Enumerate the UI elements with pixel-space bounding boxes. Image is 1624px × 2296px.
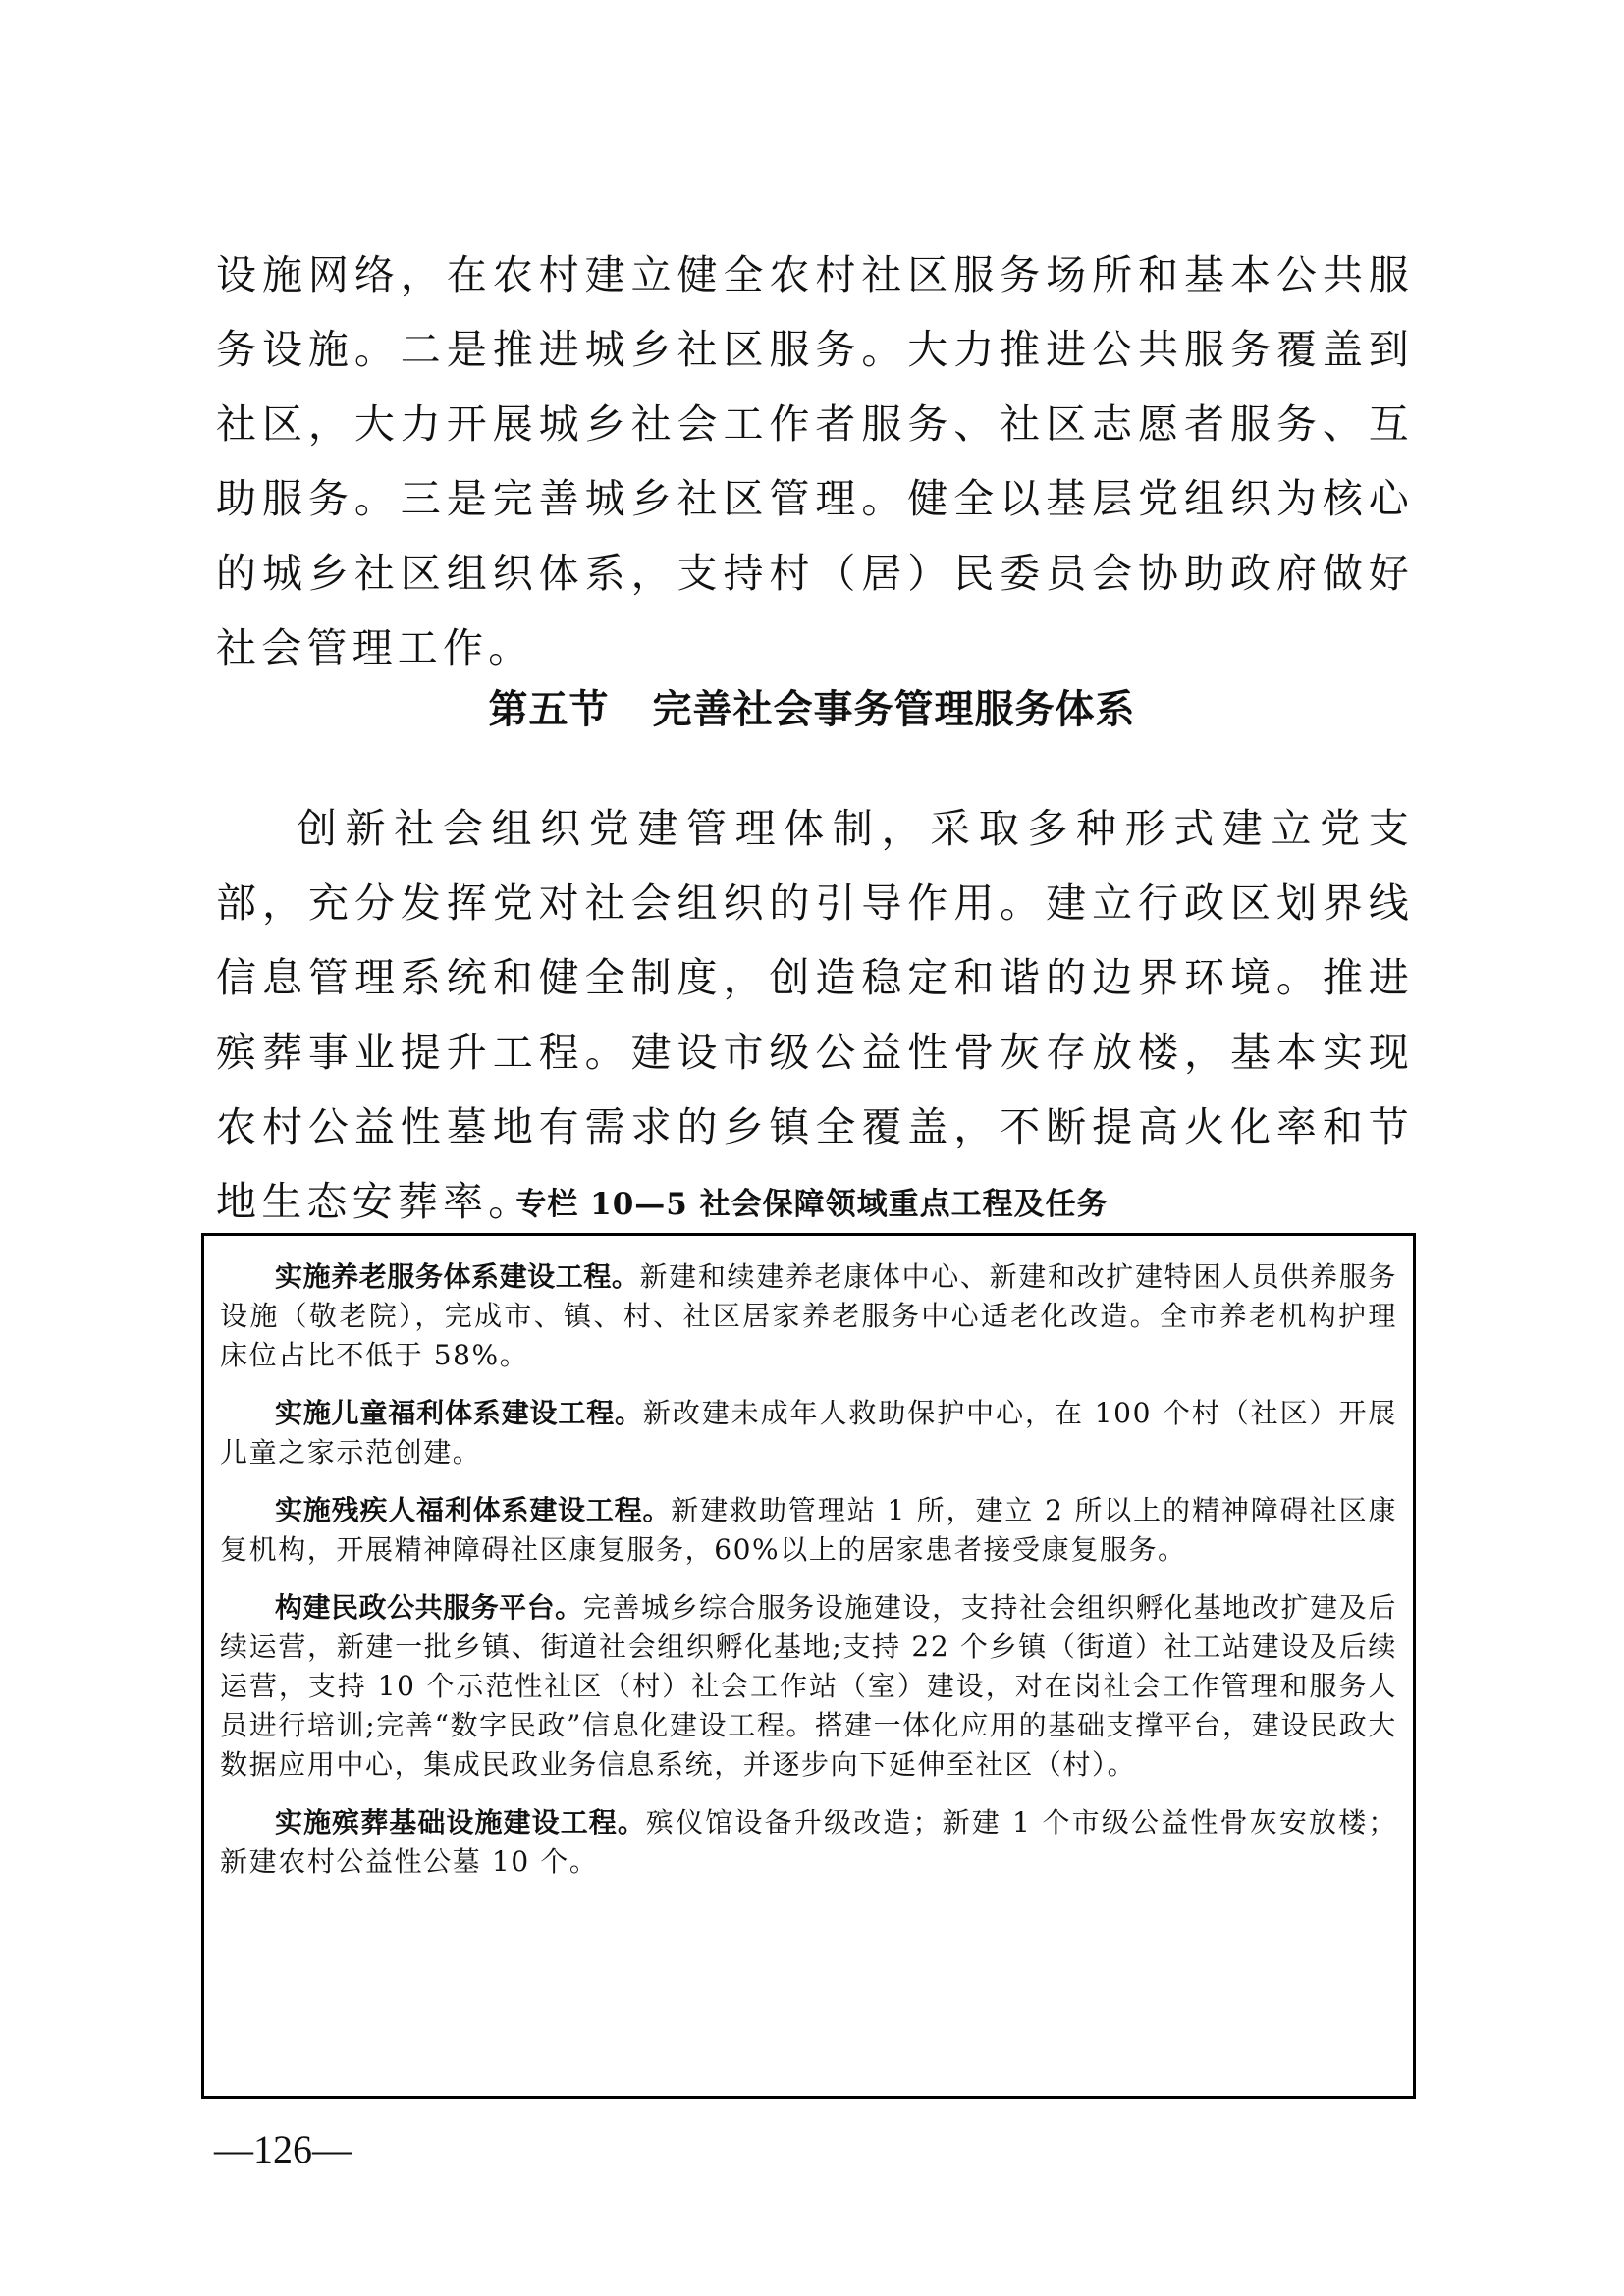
feature-box: 实施养老服务体系建设工程。新建和续建养老康体中心、新建和改扩建特困人员供养服务设…	[201, 1233, 1416, 2099]
paragraph-text: 设施网络，在农村建立健全农村社区服务场所和基本公共服务设施。二是推进城乡社区服务…	[216, 238, 1414, 685]
box-item-lead: 实施养老服务体系建设工程。	[275, 1260, 640, 1293]
box-item-funeral-facilities: 实施殡葬基础设施建设工程。殡仪馆设备升级改造；新建 1 个市级公益性骨灰安放楼；…	[220, 1803, 1397, 1882]
box-item-lead: 实施儿童福利体系建设工程。	[275, 1397, 643, 1429]
page-number: —126—	[214, 2126, 352, 2173]
box-item-child-welfare: 实施儿童福利体系建设工程。新改建未成年人救助保护中心，在 100 个村（社区）开…	[220, 1394, 1397, 1472]
box-item-lead: 实施殡葬基础设施建设工程。	[275, 1806, 646, 1839]
body-paragraph-2: 创新社会组织党建管理体制，采取多种形式建立党支部，充分发挥党对社会组织的引导作用…	[216, 791, 1414, 1239]
box-item-elderly-care: 实施养老服务体系建设工程。新建和续建养老康体中心、新建和改扩建特困人员供养服务设…	[220, 1257, 1397, 1375]
section-number: 第五节	[489, 687, 610, 732]
box-item-lead: 构建民政公共服务平台。	[275, 1591, 583, 1624]
paragraph-text: 创新社会组织党建管理体制，采取多种形式建立党支部，充分发挥党对社会组织的引导作用…	[216, 791, 1414, 1239]
section-title: 完善社会事务管理服务体系	[653, 687, 1136, 732]
document-page: 设施网络，在农村建立健全农村社区服务场所和基本公共服务设施。二是推进城乡社区服务…	[0, 0, 1624, 2296]
box-item-disability-welfare: 实施残疾人福利体系建设工程。新建救助管理站 1 所，建立 2 所以上的精神障碍社…	[220, 1491, 1397, 1570]
box-title: 专栏 10—5 社会保障领域重点工程及任务	[0, 1182, 1624, 1227]
box-item-lead: 实施残疾人福利体系建设工程。	[275, 1494, 671, 1526]
body-paragraph-1: 设施网络，在农村建立健全农村社区服务场所和基本公共服务设施。二是推进城乡社区服务…	[216, 238, 1414, 685]
feature-box-content: 实施养老服务体系建设工程。新建和续建养老康体中心、新建和改扩建特困人员供养服务设…	[220, 1257, 1397, 1900]
box-item-civil-affairs-platform: 构建民政公共服务平台。完善城乡综合服务设施建设，支持社会组织孵化基地改扩建及后续…	[220, 1588, 1397, 1785]
section-heading: 第五节完善社会事务管理服务体系	[0, 680, 1624, 739]
